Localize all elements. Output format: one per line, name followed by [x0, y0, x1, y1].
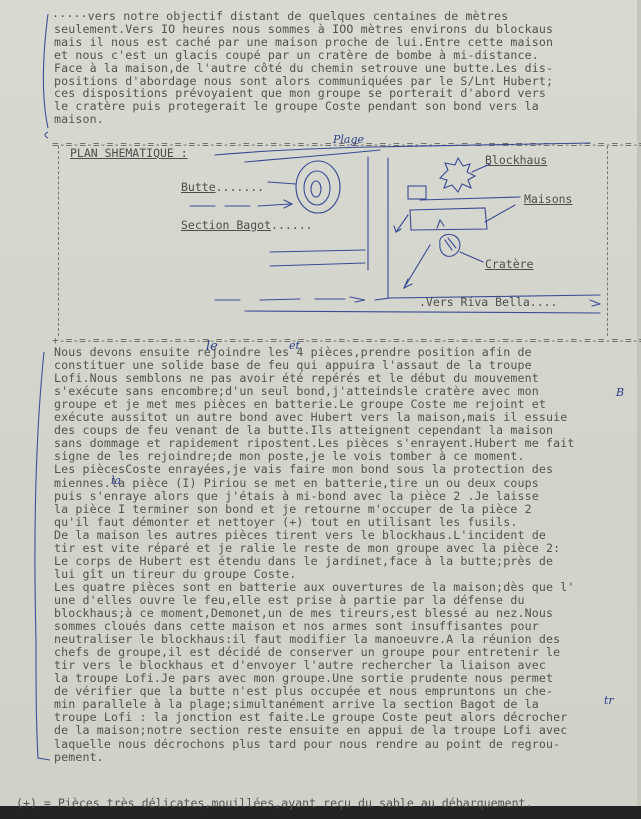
margin-brackets [0, 0, 641, 819]
footnote: (+) = Pièces très délicates,mouillées,ay… [16, 796, 533, 810]
